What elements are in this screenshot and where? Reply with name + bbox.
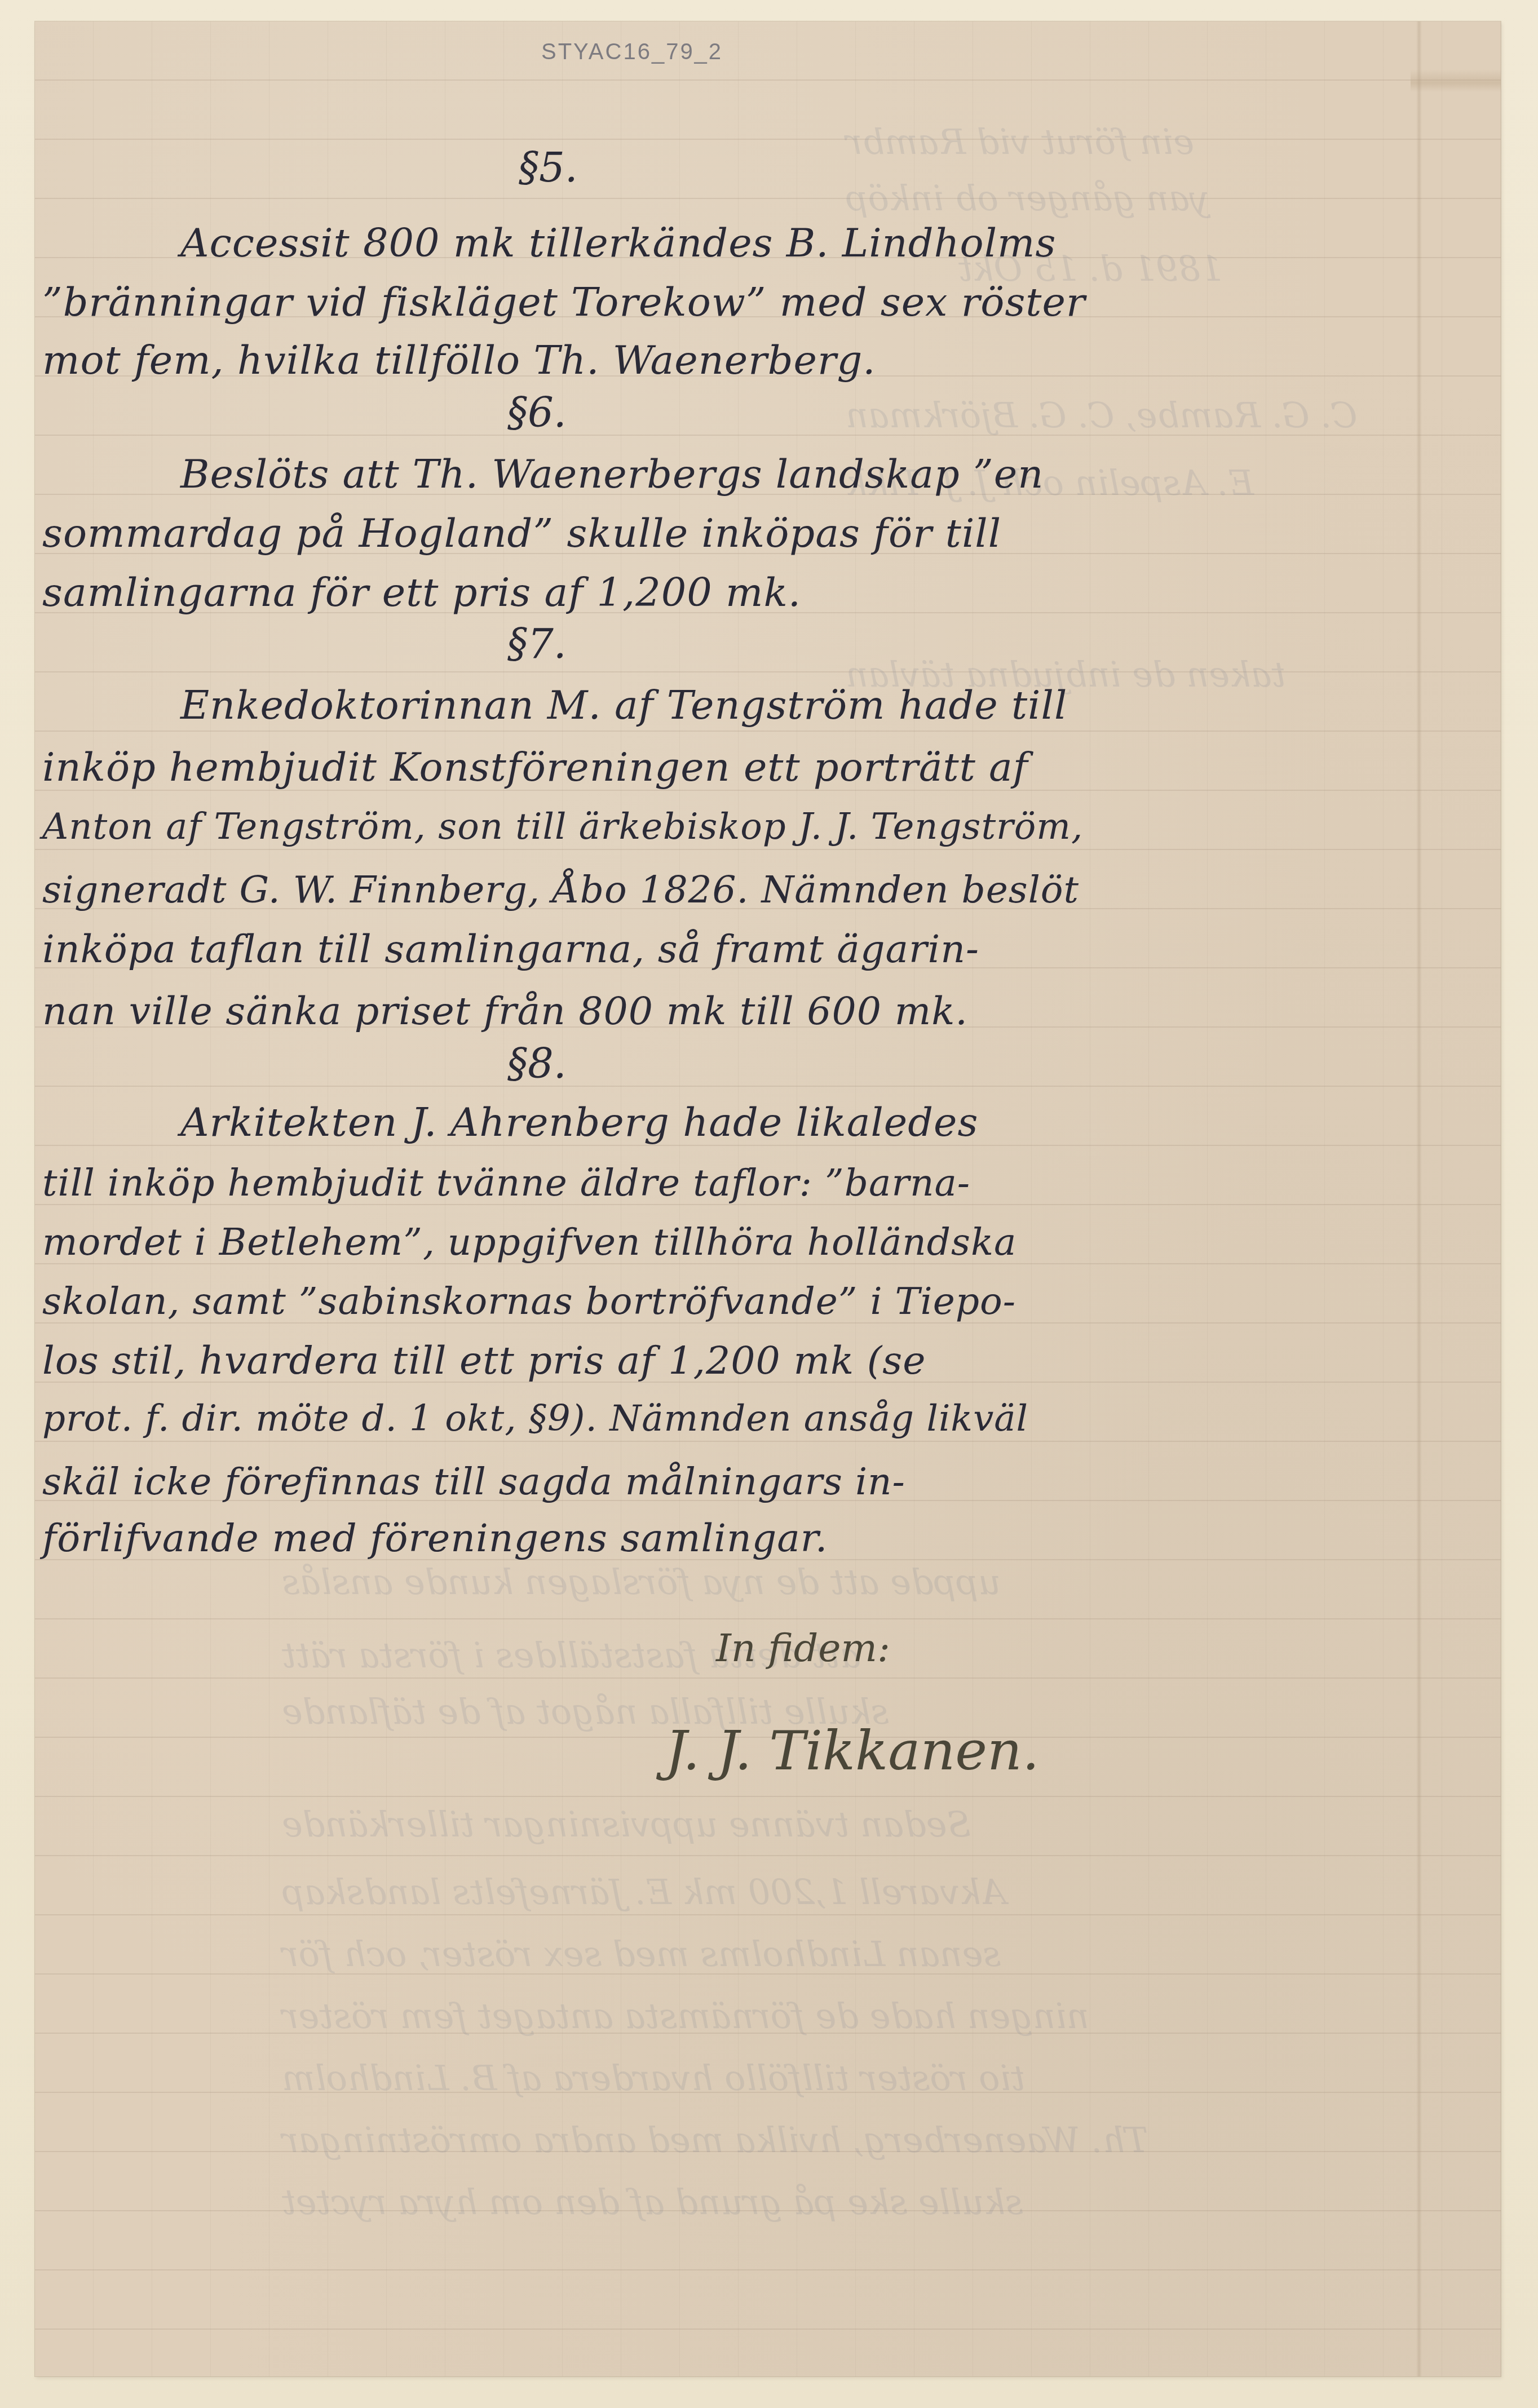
text-line: Anton af Tengström, son till ärkebiskop … (42, 806, 1083, 848)
text-line: Arkitekten J. Ahrenberg hade likaledes (180, 1099, 978, 1145)
text-line: Enkedoktorinnan M. af Tengström hade til… (180, 682, 1067, 728)
text-line: skäl icke förefinnas till sagda målninga… (42, 1460, 905, 1503)
text-line: Beslöts att Th. Waenerbergs landskap ”en (180, 451, 1044, 497)
text-line: inköp hembjudit Konstföreningen ett port… (42, 744, 1028, 790)
bleed-through-text: Sedan tvänne uppvisningar tillerkände (282, 1804, 971, 1845)
text-line: samlingarna för ett pris af 1,200 mk. (42, 569, 801, 616)
text-line: mot fem, hvilka tillföllo Th. Waenerberg… (42, 337, 876, 383)
bleed-through-text: uppde att de nya förslagen kunde anslås (282, 1561, 1001, 1603)
text-line: los stil, hvardera till ett pris af 1,20… (42, 1339, 926, 1383)
text-line: Accessit 800 mk tillerkändes B. Lindholm… (180, 220, 1056, 266)
text-line: prot. f. dir. möte d. 1 okt, §9). Nämnde… (42, 1398, 1028, 1440)
bleed-through-text: tio röster tillföllo hvardera af B. Lind… (282, 2057, 1025, 2099)
catalog-number: STYAC16_79_2 (541, 39, 723, 65)
salutation: In fidem: (716, 1626, 890, 1671)
text-line: nan ville sänka priset från 800 mk till … (42, 989, 968, 1034)
bleed-through-text: Th. Waenerberg, hvilka med andra omröstn… (282, 2119, 1148, 2161)
text-line: förlifvande med föreningens samlingar. (42, 1516, 828, 1561)
bleed-through-text: skulle ske på grund af den om hyra rycte… (282, 2181, 1023, 2223)
bleed-through-text: Akvarell 1,200 mk E. Järnefelts landskap (282, 1871, 1006, 1913)
text-line: mordet i Betlehem”, uppgifven tillhöra h… (42, 1220, 1017, 1264)
bleed-through-text: ningen hade de förnämsta antaget fem rös… (282, 1995, 1089, 2037)
text-line: sommardag på Hogland” skulle inköpas för… (42, 510, 1001, 556)
text-line: signeradt G. W. Finnberg, Åbo 1826. Nämn… (42, 868, 1079, 911)
bleed-through-text: yan gånger ob inköp (846, 178, 1209, 219)
bleed-through-text: C. G. Rambe, C. G. Björkman (846, 395, 1357, 436)
section-heading: §5. (519, 144, 578, 191)
bleed-through-text: senan Lindholms med sex röster, och för (282, 1933, 1001, 1975)
text-line: inköpa taflan till samlingarna, så framt… (42, 927, 979, 972)
text-line: ”bränningar vid fiskläget Torekow” med s… (42, 279, 1085, 325)
section-heading: §6. (507, 389, 567, 436)
paper-crease (1411, 69, 1501, 92)
text-line: till inköp hembjudit tvänne äldre taflor… (42, 1161, 970, 1205)
signature: J. J. Tikkanen. (665, 1719, 1039, 1782)
bleed-through-text: ein förut vid Rambr (846, 121, 1194, 162)
section-heading: §7. (507, 620, 567, 667)
section-heading: §8. (507, 1040, 567, 1087)
text-line: skolan, samt ”sabinskornas bortröfvande”… (42, 1280, 1016, 1323)
